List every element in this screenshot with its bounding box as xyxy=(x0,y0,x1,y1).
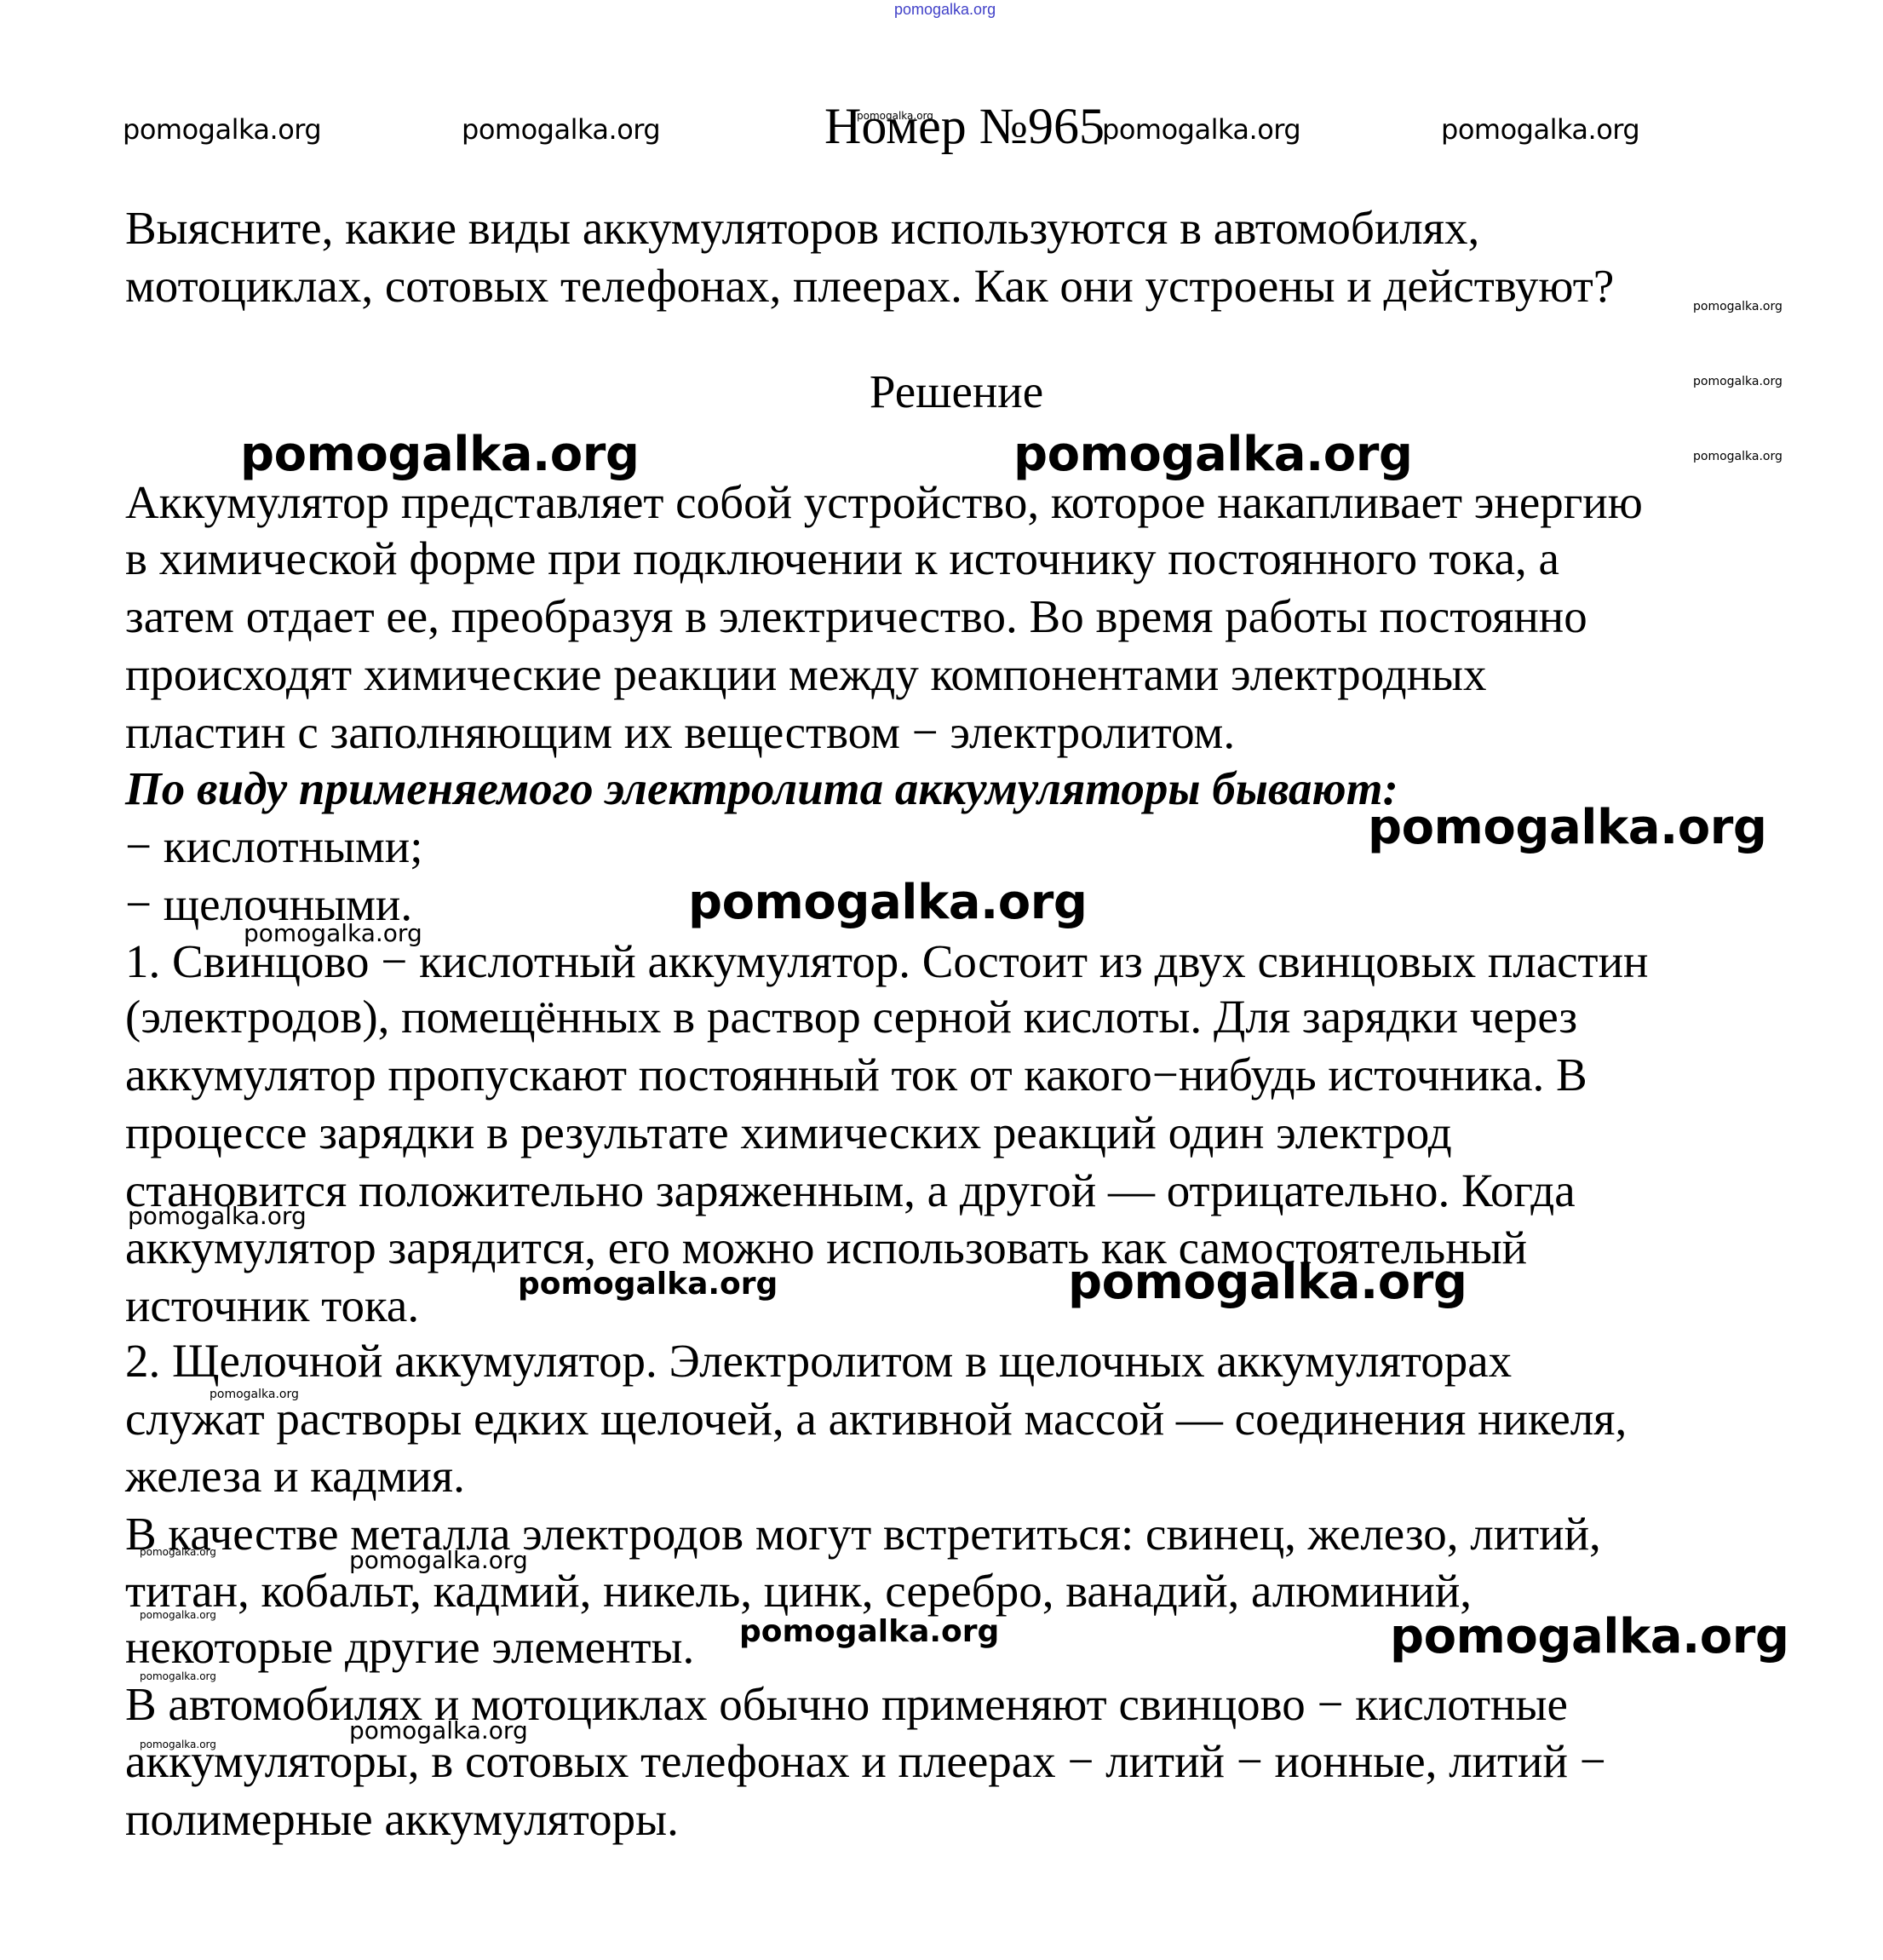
watermark-large: pomogalka.org xyxy=(1013,431,1412,479)
watermark-small: pomogalka.org xyxy=(1693,451,1783,463)
watermark-small: pomogalka.org xyxy=(1693,301,1783,313)
question-line: мотоциклах, сотовых телефонах, плеерах. … xyxy=(125,262,1614,309)
watermark-small: pomogalka.org xyxy=(140,1610,216,1620)
solution-line: В автомобилях и мотоциклах обычно примен… xyxy=(125,1681,1568,1727)
watermark-large: pomogalka.org xyxy=(240,431,639,479)
watermark-large: pomogalka.org xyxy=(688,879,1087,927)
solution-line: пластин с заполняющим их веществом − эле… xyxy=(125,709,1235,756)
header-watermark: pomogalka.org xyxy=(1441,116,1639,143)
solution-heading: Решение xyxy=(0,368,1883,415)
watermark-top: pomogalka.org xyxy=(894,2,996,17)
solution-line: Аккумулятор представляет собой устройств… xyxy=(125,479,1643,526)
solution-line: (электродов), помещённых в раствор серно… xyxy=(125,993,1577,1040)
watermark-large: pomogalka.org xyxy=(1390,1613,1788,1661)
header-watermark: pomogalka.org xyxy=(123,116,321,143)
solution-line: происходят химические реакции между комп… xyxy=(125,651,1486,698)
question-line: Выясните, какие виды аккумуляторов испол… xyxy=(125,204,1479,251)
solution-line: в химической форме при подключении к ист… xyxy=(125,535,1559,582)
watermark-large: pomogalka.org xyxy=(1068,1259,1467,1307)
watermark-large: pomogalka.org xyxy=(1368,804,1766,852)
solution-line: титан, кобальт, кадмий, никель, цинк, се… xyxy=(125,1567,1472,1614)
header-watermark: pomogalka.org xyxy=(1102,116,1300,143)
watermark-medium: pomogalka.org xyxy=(518,1269,778,1300)
solution-line: 2. Щелочной аккумулятор. Электролитом в … xyxy=(125,1337,1512,1384)
solution-line: полимерные аккумуляторы. xyxy=(125,1796,679,1842)
solution-line: железа и кадмия. xyxy=(125,1452,465,1499)
solution-line: затем отдает ее, преобразуя в электричес… xyxy=(125,593,1587,640)
solution-line: становится положительно заряженным, а др… xyxy=(125,1167,1576,1214)
solution-line: некоторые другие элементы. xyxy=(125,1624,694,1670)
solution-line: аккумулятор пропускают постоянный ток от… xyxy=(125,1051,1587,1098)
solution-subheading: По виду применяемого электролита аккумул… xyxy=(125,765,1398,812)
solution-line: источник тока. xyxy=(125,1282,419,1329)
watermark-small: pomogalka.org xyxy=(140,1547,216,1557)
page-title: Номер №965 xyxy=(824,101,1105,152)
solution-line: В качестве металла электродов могут встр… xyxy=(125,1510,1601,1557)
solution-line: служат растворы едких щелочей, а активно… xyxy=(125,1395,1627,1442)
solution-line: 1. Свинцово − кислотный аккумулятор. Сос… xyxy=(125,938,1648,985)
header-watermark: pomogalka.org xyxy=(462,116,660,143)
solution-line: аккумуляторы, в сотовых телефонах и плее… xyxy=(125,1738,1606,1785)
solution-line: процессе зарядки в результате химических… xyxy=(125,1109,1452,1156)
watermark-small: pomogalka.org xyxy=(857,111,933,121)
watermark-small: pomogalka.org xyxy=(1693,376,1783,388)
watermark-medium: pomogalka.org xyxy=(739,1617,999,1647)
solution-line: − кислотными; xyxy=(125,823,423,870)
document-page: pomogalka.org pomogalka.org pomogalka.or… xyxy=(0,0,1883,1960)
